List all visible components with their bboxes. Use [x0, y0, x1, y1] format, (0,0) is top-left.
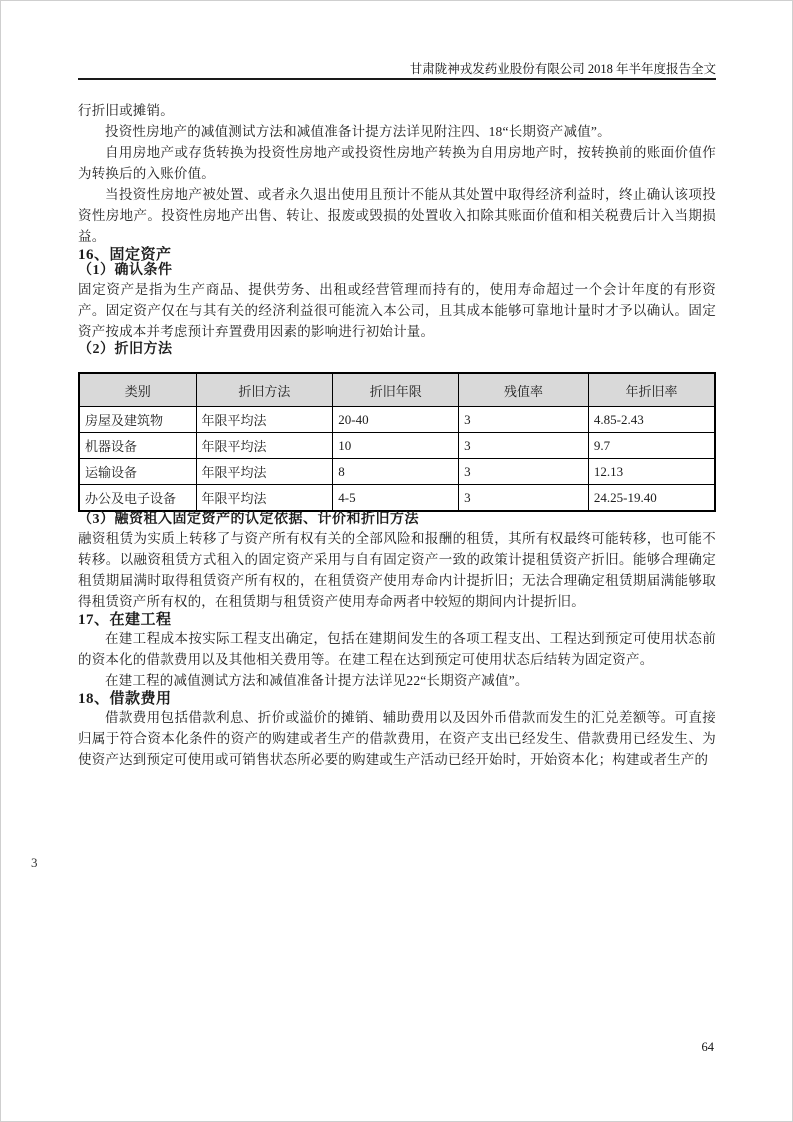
para-impairment-ref: 投资性房地产的减值测试方法和减值准备计提方法详见附注四、18“长期资产减值”。 [78, 121, 716, 142]
table-row: 运输设备 年限平均法 8 3 12.13 [79, 459, 715, 485]
section-16-heading: 16、固定资产 [78, 247, 716, 263]
section-17-heading: 17、在建工程 [78, 612, 716, 628]
table-cell: 机器设备 [79, 433, 196, 459]
table-cell: 9.7 [588, 433, 715, 459]
document-page: 3 甘肃陇神戎发药业股份有限公司 2018 年半年度报告全文 行折旧或摊销。 投… [0, 0, 793, 1122]
table-cell: 12.13 [588, 459, 715, 485]
para-conversion: 自用房地产或存货转换为投资性房地产或投资性房地产转换为自用房地产时，按转换前的账… [78, 142, 716, 184]
section-18-para-1: 借款费用包括借款利息、折价或溢价的摊销、辅助费用以及因外币借款而发生的汇兑差额等… [78, 707, 716, 770]
table-row: 机器设备 年限平均法 10 3 9.7 [79, 433, 715, 459]
section-16-sub-3-heading: （3）融资租入固定资产的认定依据、计价和折旧方法 [78, 512, 716, 528]
header-title: 甘肃陇神戎发药业股份有限公司 2018 年半年度报告全文 [410, 62, 716, 76]
page-header: 甘肃陇神戎发药业股份有限公司 2018 年半年度报告全文 [78, 61, 716, 80]
table-cell: 年限平均法 [196, 459, 333, 485]
table-cell: 4.85-2.43 [588, 407, 715, 433]
table-cell: 24.25-19.40 [588, 485, 715, 512]
table-header-cell: 折旧方法 [196, 373, 333, 407]
table-cell: 3 [459, 485, 589, 512]
table-cell: 3 [459, 407, 589, 433]
depreciation-table: 类别 折旧方法 折旧年限 残值率 年折旧率 房屋及建筑物 年限平均法 20-40… [78, 372, 716, 512]
table-cell: 办公及电子设备 [79, 485, 196, 512]
table-header-cell: 年折旧率 [588, 373, 715, 407]
table-cell: 年限平均法 [196, 485, 333, 512]
section-16-sub-3-text: 融资租赁为实质上转移了与资产所有权有关的全部风险和报酬的租赁，其所有权最终可能转… [78, 528, 716, 612]
para-disposal: 当投资性房地产被处置、或者永久退出使用且预计不能从其处置中取得经济利益时，终止确… [78, 184, 716, 247]
table-header-cell: 折旧年限 [333, 373, 459, 407]
section-17-para-1: 在建工程成本按实际工程支出确定，包括在建期间发生的各项工程支出、工程达到预定可使… [78, 628, 716, 670]
page-content: 甘肃陇神戎发药业股份有限公司 2018 年半年度报告全文 行折旧或摊销。 投资性… [78, 1, 716, 770]
section-17-para-2: 在建工程的减值测试方法和减值准备计提方法详见22“长期资产减值”。 [78, 670, 716, 691]
table-row: 房屋及建筑物 年限平均法 20-40 3 4.85-2.43 [79, 407, 715, 433]
revision-line-number: 3 [31, 852, 38, 873]
section-18-heading: 18、借款费用 [78, 691, 716, 707]
para-continuation: 行折旧或摊销。 [78, 100, 716, 121]
table-row: 办公及电子设备 年限平均法 4-5 3 24.25-19.40 [79, 485, 715, 512]
table-header-cell: 残值率 [459, 373, 589, 407]
table-header-cell: 类别 [79, 373, 196, 407]
table-cell: 8 [333, 459, 459, 485]
table-cell: 年限平均法 [196, 407, 333, 433]
table-cell: 10 [333, 433, 459, 459]
section-16-sub-1-text: 固定资产是指为生产商品、提供劳务、出租或经营管理而持有的，使用寿命超过一个会计年… [78, 279, 716, 342]
table-cell: 运输设备 [79, 459, 196, 485]
table-cell: 4-5 [333, 485, 459, 512]
intro-paragraphs: 行折旧或摊销。 投资性房地产的减值测试方法和减值准备计提方法详见附注四、18“长… [78, 100, 716, 247]
table-header-row: 类别 折旧方法 折旧年限 残值率 年折旧率 [79, 373, 715, 407]
table-cell: 房屋及建筑物 [79, 407, 196, 433]
page-number: 64 [702, 1040, 715, 1055]
table-cell: 20-40 [333, 407, 459, 433]
section-16-sub-2-heading: （2）折旧方法 [78, 342, 716, 358]
table-cell: 3 [459, 433, 589, 459]
section-16-sub-1-heading: （1）确认条件 [78, 263, 716, 279]
table-cell: 年限平均法 [196, 433, 333, 459]
table-cell: 3 [459, 459, 589, 485]
